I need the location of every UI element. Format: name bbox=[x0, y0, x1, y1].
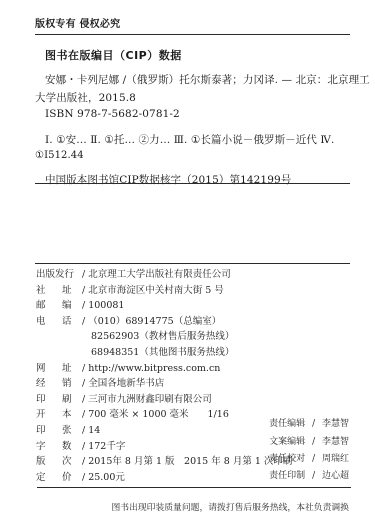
editor-row: 责任编辑 / 李慧智 bbox=[269, 417, 349, 431]
separator: / bbox=[82, 363, 85, 374]
label-char-b: 张 bbox=[62, 425, 72, 436]
pub-info-value[interactable]: http://www.bitpress.com.cn bbox=[88, 363, 220, 374]
pub-info-label: 定价 bbox=[36, 471, 82, 485]
pub-info-row: 经销/全国各地新华书店 bbox=[36, 377, 164, 391]
label-char-b: 址 bbox=[62, 285, 72, 296]
pub-info-row: 开本/700 毫米 × 1000 毫米 1/16 bbox=[36, 408, 229, 422]
separator: / bbox=[312, 454, 315, 464]
pub-info-label: 经销 bbox=[36, 377, 82, 391]
pub-info-row: 印刷/三河市九洲财鑫印刷有限公司 bbox=[36, 393, 212, 407]
separator: / bbox=[82, 378, 85, 389]
label-char-b: 数 bbox=[62, 441, 72, 452]
separator: / bbox=[82, 425, 85, 436]
separator: / bbox=[82, 394, 85, 405]
pub-info-row: 82562903（教材售后服务热线） bbox=[36, 330, 234, 344]
pub-info-value: 北京市海淀区中关村南大街 5 号 bbox=[88, 285, 224, 296]
editor-name: 李慧智 bbox=[322, 419, 349, 429]
label-char-a: 定 bbox=[36, 471, 62, 485]
pub-info-label: 邮编 bbox=[36, 299, 82, 313]
label-char-b: 编 bbox=[62, 300, 72, 311]
separator: / bbox=[82, 456, 85, 467]
pub-info-row: 网址/http://www.bitpress.com.cn bbox=[36, 362, 220, 376]
pub-bottom-divider bbox=[37, 487, 351, 488]
pub-info-value: 700 毫米 × 1000 毫米 1/16 bbox=[88, 409, 229, 420]
pub-info-row: 68948351（其他图书服务热线） bbox=[36, 346, 234, 360]
pub-info-label bbox=[36, 346, 82, 360]
pub-info-row: 版次/2015年 8 月第 1 版 2015 年 8 月第 1 次印刷 bbox=[36, 455, 292, 469]
pub-info-value: （010）68914775（总编室） bbox=[88, 316, 221, 327]
label-char-a: 印 bbox=[36, 393, 62, 407]
editor-row: 责任校对 / 周瑞红 bbox=[269, 452, 349, 466]
label-char-b: 话 bbox=[62, 316, 72, 327]
pub-info-row: 出版发行/北京理工大学出版社有限责任公司 bbox=[36, 268, 231, 282]
separator: / bbox=[82, 285, 85, 296]
pub-info-value: 三河市九洲财鑫印刷有限公司 bbox=[88, 394, 212, 405]
cip-isbn: ISBN 978-7-5682-0781-2 bbox=[45, 108, 180, 120]
label-char-a: 印 bbox=[36, 424, 62, 438]
pub-info-label: 出版发行 bbox=[36, 268, 82, 282]
editor-name: 周瑞红 bbox=[322, 454, 349, 464]
pub-info-label bbox=[36, 330, 82, 344]
editor-name: 边心超 bbox=[322, 471, 349, 481]
label-char-a: 字 bbox=[36, 440, 62, 454]
pub-info-value: 2015年 8 月第 1 版 2015 年 8 月第 1 次印刷 bbox=[88, 456, 292, 467]
separator: / bbox=[82, 316, 85, 327]
pub-info-value: 68948351（其他图书服务热线） bbox=[91, 347, 234, 358]
pub-info-label: 版次 bbox=[36, 455, 82, 469]
pub-info-row: 字数/172千字 bbox=[36, 440, 125, 454]
editor-row: 文案编辑 / 李慧智 bbox=[269, 435, 349, 449]
pub-info-label: 印张 bbox=[36, 424, 82, 438]
pub-info-row: 定价/25.00元 bbox=[36, 471, 125, 485]
cip-verification: 中国版本图书馆CIP数据核字（2015）第142199号 bbox=[45, 172, 291, 187]
separator: / bbox=[82, 472, 85, 483]
pub-info-label: 字数 bbox=[36, 440, 82, 454]
label-char-b: 本 bbox=[62, 409, 72, 420]
top-divider bbox=[35, 34, 350, 35]
pub-info-row: 印张/14 bbox=[36, 424, 100, 438]
separator: / bbox=[82, 441, 85, 452]
editor-role: 责任编辑 bbox=[269, 419, 305, 429]
label-char-a: 社 bbox=[36, 284, 62, 298]
pub-info-label: 电话 bbox=[36, 315, 82, 329]
label-char-b: 价 bbox=[62, 472, 72, 483]
pub-top-divider bbox=[35, 263, 350, 264]
label-char-a: 网 bbox=[36, 362, 62, 376]
cip-classification-2: ①I512.44 bbox=[35, 150, 84, 161]
label-char-b: 销 bbox=[62, 378, 72, 389]
pub-info-label: 网址 bbox=[36, 362, 82, 376]
pub-info-value: 172千字 bbox=[88, 441, 125, 452]
label-char-b: 址 bbox=[62, 363, 72, 374]
pub-info-value: 北京理工大学出版社有限责任公司 bbox=[88, 269, 231, 280]
label-char-a: 电 bbox=[36, 315, 62, 329]
pub-info-value: 14 bbox=[88, 425, 100, 436]
cip-line-1: 安娜・卡列尼娜 /（俄罗斯）托尔斯泰著；力冈译. — 北京：北京理工 bbox=[45, 72, 370, 87]
cip-title: 图书在版编目（CIP）数据 bbox=[45, 47, 182, 63]
pub-info-row: 社址/北京市海淀区中关村南大街 5 号 bbox=[36, 284, 224, 298]
pub-info-row: 邮编/100081 bbox=[36, 299, 124, 313]
separator: / bbox=[312, 419, 315, 429]
label-char-a: 出版发行 bbox=[36, 269, 74, 280]
pub-info-label: 开本 bbox=[36, 408, 82, 422]
quality-notice: 图书出现印装质量问题，请拨打售后服务热线，本社负责调换 bbox=[111, 500, 349, 513]
editor-role: 责任校对 bbox=[269, 454, 305, 464]
rights-notice: 版权专有 侵权必究 bbox=[35, 15, 120, 30]
label-char-b: 刷 bbox=[62, 394, 72, 405]
pub-info-label: 社址 bbox=[36, 284, 82, 298]
label-char-a: 经 bbox=[36, 377, 62, 391]
editor-row: 责任印制 / 边心超 bbox=[269, 469, 349, 483]
editor-role: 文案编辑 bbox=[269, 437, 305, 447]
label-char-a: 版 bbox=[36, 455, 62, 469]
separator: / bbox=[312, 437, 315, 447]
label-char-a: 开 bbox=[36, 408, 62, 422]
pub-info-value: 25.00元 bbox=[88, 472, 125, 483]
cip-classification-1: Ⅰ. ①安… Ⅱ. ①托… ②力… Ⅲ. ①长篇小说－俄罗斯－近代 Ⅳ. bbox=[45, 132, 334, 147]
separator: / bbox=[82, 409, 85, 420]
cip-bottom-divider bbox=[35, 183, 350, 184]
separator: / bbox=[82, 300, 85, 311]
pub-info-value: 82562903（教材售后服务热线） bbox=[91, 331, 234, 342]
separator: / bbox=[82, 269, 85, 280]
pub-info-label: 印刷 bbox=[36, 393, 82, 407]
separator: / bbox=[312, 471, 315, 481]
cip-line-2: 大学出版社，2015.8 bbox=[35, 90, 136, 105]
pub-info-value: 全国各地新华书店 bbox=[88, 378, 164, 389]
editor-role: 责任印制 bbox=[269, 471, 305, 481]
editor-name: 李慧智 bbox=[322, 437, 349, 447]
label-char-a: 邮 bbox=[36, 299, 62, 313]
label-char-b: 次 bbox=[62, 456, 72, 467]
pub-info-row: 电话/（010）68914775（总编室） bbox=[36, 315, 221, 329]
pub-info-value: 100081 bbox=[88, 300, 124, 311]
